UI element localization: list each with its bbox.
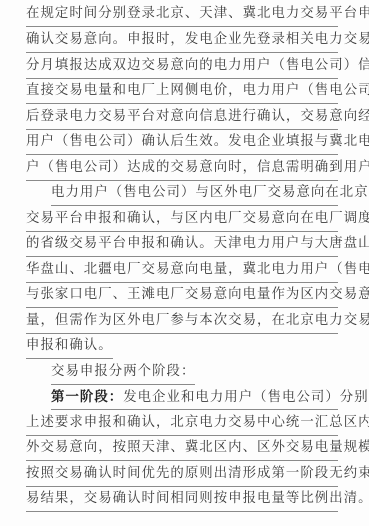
- text-line: 后登录电力交易平台对意向信息进行确认，交易意向经电力: [26, 108, 338, 130]
- text-line: 外交易意向，按照天津、冀北区内、区外交易电量规模上限，: [26, 439, 338, 461]
- stage-one-line: 第一阶段：发电企业和电力用户（售电公司）分别按照: [51, 388, 338, 410]
- text-line: 分月填报达成双边交易意向的电力用户（售电公司）信息、: [26, 57, 338, 79]
- text-line: 交易平台申报和确认，与区内电厂交易意向在电厂调度所属: [26, 210, 338, 232]
- text-line: 确认交易意向。申报时，发电企业先登录相关电力交易平台: [26, 31, 338, 53]
- text-line: 按照交易确认时间优先的原则出清形成第一阶段无约束交: [26, 465, 338, 487]
- text-line: 易结果，交易确认时间相同则按申报电量等比例出清。电力: [26, 490, 338, 512]
- paragraph-first-line: 电力用户（售电公司）与区外电厂交易意向在北京电力: [51, 184, 338, 206]
- text-line: 量，但需作为区外电厂参与本次交易，在北京电力交易平台: [26, 312, 338, 334]
- section-heading: 交易申报分两个阶段：: [51, 363, 195, 385]
- stage-one-label: 第一阶段：: [51, 389, 123, 405]
- text-line: 的省级交易平台申报和确认。天津电力用户与大唐盘山、国: [26, 235, 338, 257]
- text-line: 上述要求申报和确认，北京电力交易中心统一汇总区内和区: [26, 414, 338, 436]
- text-line: 在规定时间分别登录北京、天津、冀北电力交易平台申报和: [26, 5, 338, 27]
- text-line: 申报和确认。: [26, 337, 113, 359]
- text-line: 直接交易电量和电厂上网侧电价，电力用户（售电公司）随: [26, 82, 338, 104]
- text-line: 户（售电公司）达成的交易意向时，信息需明确到用户编号。: [26, 159, 338, 181]
- text-line: 用户（售电公司）确认后生效。发电企业填报与冀北电力用: [26, 133, 338, 155]
- stage-one-text: 发电企业和电力用户（售电公司）分别按照: [123, 390, 369, 405]
- text-line: 华盘山、北疆电厂交易意向电量，冀北电力用户（售电公司）: [26, 261, 338, 283]
- document-page: 在规定时间分别登录北京、天津、冀北电力交易平台申报和 确认交易意向。申报时，发电…: [0, 0, 369, 526]
- text-line: 与张家口电厂、王滩电厂交易意向电量作为区内交易意向电: [26, 286, 338, 308]
